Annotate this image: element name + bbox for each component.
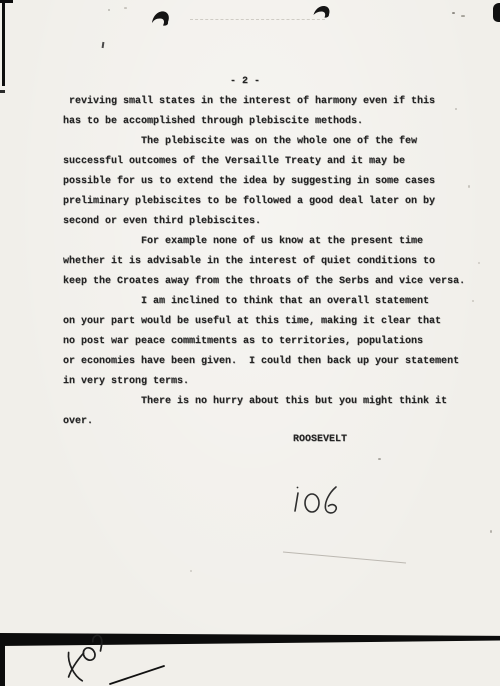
page-number: - 2 -: [230, 77, 260, 87]
bottom-diagonal-stroke: [108, 663, 166, 685]
scan-speckle: [468, 185, 470, 188]
scan-corner-mark: [493, 3, 500, 22]
pen-hook-mark-icon: [313, 5, 331, 19]
scan-edge-left-border: [2, 0, 5, 86]
signature-roosevelt: ROOSEVELT: [293, 435, 347, 445]
scan-speckle: [455, 108, 457, 110]
scan-speckle: [478, 262, 480, 264]
scan-speckle: [490, 530, 492, 533]
pen-hook-mark-icon: [151, 10, 171, 28]
scan-speckle: [472, 300, 474, 302]
scan-speckle: [452, 12, 455, 14]
scan-speckle: [108, 9, 110, 11]
scan-edge-top-border: [0, 0, 13, 3]
letter-body-text: reviving small states in the interest of…: [63, 92, 465, 432]
scan-speckle: [96, 257, 98, 259]
scan-edge-tick: [0, 90, 5, 93]
small-ink-tick: [102, 42, 105, 48]
handwritten-number-106: [291, 484, 349, 518]
scan-speckle: [124, 7, 127, 9]
scan-speckle: [461, 15, 465, 17]
scan-speckle: [190, 570, 192, 572]
faint-diagonal-line: [282, 548, 407, 566]
scanned-letter-page: - 2 - reviving small states in the inter…: [0, 0, 500, 686]
scan-speckle: [378, 458, 381, 460]
faint-scan-line: [190, 19, 325, 20]
scan-bottom-left-border: [0, 644, 5, 686]
